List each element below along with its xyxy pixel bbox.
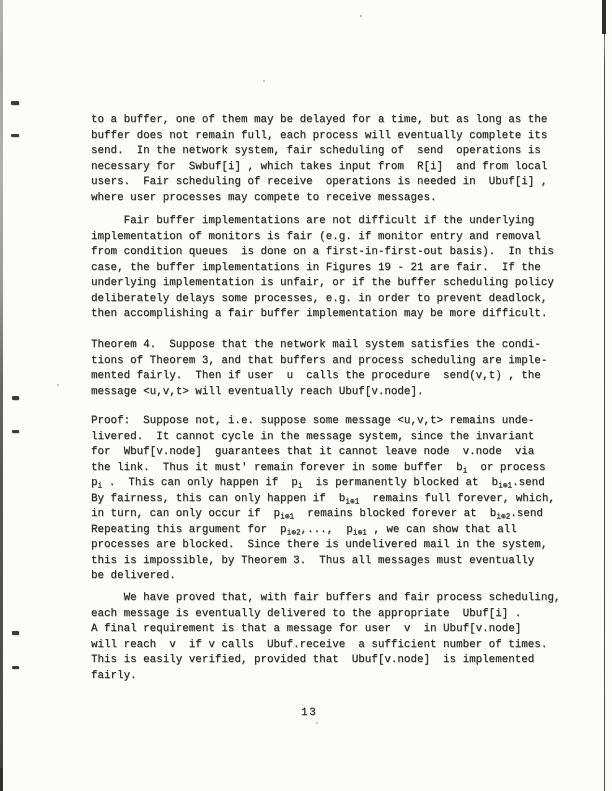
subscript: i⊕2 bbox=[496, 514, 510, 522]
text-run: to a buffer, one of them may be delayed … bbox=[91, 114, 547, 126]
text-line: this is impossible, by Theorem 3. Thus a… bbox=[91, 554, 555, 570]
pencil-mark bbox=[11, 101, 19, 105]
text-line: each message is eventually delivered to … bbox=[91, 607, 560, 623]
pencil-mark bbox=[12, 631, 19, 635]
text-line: in turn, can only occur if pi⊕1 remains … bbox=[91, 507, 555, 523]
text-run: deliberately delays some processes, e.g.… bbox=[91, 293, 547, 305]
text-line: from condition queues is done on a first… bbox=[91, 245, 554, 261]
text-run: This is easily verified, provided that U… bbox=[91, 654, 534, 666]
pencil-mark bbox=[12, 396, 19, 400]
text-run: each message is eventually delivered to … bbox=[91, 608, 521, 620]
text-line: then accomplishing a fair buffer impleme… bbox=[91, 307, 554, 323]
subscript: i⊕1 bbox=[280, 514, 294, 522]
text-line: By fairness, this can only happen if bi⊕… bbox=[91, 492, 555, 508]
text-line: case, the buffer implementations in Figu… bbox=[91, 261, 554, 277]
text-line: to a buffer, one of them may be delayed … bbox=[91, 113, 547, 129]
text-run: will reach v if v calls Ubuf.receive a s… bbox=[91, 639, 547, 651]
text-run: fairly. bbox=[91, 670, 137, 682]
text-line: send. In the network system, fair schedu… bbox=[91, 144, 547, 160]
text-line: A final requirement is that a message fo… bbox=[91, 622, 560, 638]
text-line: buffer does not remain full, each proces… bbox=[91, 129, 547, 145]
paragraph-proof: Proof: Suppose not, i.e. suppose some me… bbox=[91, 414, 555, 585]
text-line: the link. Thus it must' remain forever i… bbox=[91, 461, 555, 477]
text-run: By fairness, this can only happen if b bbox=[91, 493, 345, 505]
text-run: remains blocked forever at b bbox=[294, 508, 496, 520]
text-run: tions of Theorem 3, and that buffers and… bbox=[91, 355, 547, 367]
subscript: i⊕1 bbox=[345, 498, 359, 506]
subscript: i⊕1 bbox=[353, 529, 367, 537]
text-line: Theorem 4. Suppose that the network mail… bbox=[91, 338, 547, 354]
text-run: be delivered. bbox=[91, 570, 176, 582]
text-run: A final requirement is that a message fo… bbox=[91, 623, 521, 635]
text-line: necessary for Swbuf[i] , which takes inp… bbox=[91, 160, 547, 176]
scan-speck bbox=[316, 722, 318, 724]
text-run: send. In the network system, fair schedu… bbox=[91, 145, 541, 157]
text-line: be delivered. bbox=[91, 569, 555, 585]
text-run: . This can only happen if p bbox=[102, 477, 298, 489]
paragraph-fair-buffers: Fair buffer implementations are not diff… bbox=[91, 214, 554, 323]
document-page: to a buffer, one of them may be delayed … bbox=[0, 0, 612, 791]
text-run: then accomplishing a fair buffer impleme… bbox=[91, 308, 547, 320]
text-run: buffer does not remain full, each proces… bbox=[91, 130, 547, 142]
pencil-mark bbox=[12, 430, 19, 433]
text-line: pi . This can only happen if pi is perma… bbox=[91, 476, 555, 492]
text-line: deliberately delays some processes, e.g.… bbox=[91, 292, 554, 308]
paragraph-conclusion: We have proved that, with fair buffers a… bbox=[91, 591, 560, 684]
text-run: for Wbuf[v.node] guarantees that it cann… bbox=[91, 446, 534, 458]
text-line: where user processes may compete to rece… bbox=[91, 191, 547, 207]
pencil-mark bbox=[12, 666, 19, 669]
text-run: this is impossible, by Theorem 3. Thus a… bbox=[91, 555, 534, 567]
text-run: Repeating this argument for p bbox=[91, 524, 287, 536]
text-line: tions of Theorem 3, and that buffers and… bbox=[91, 354, 547, 370]
text-line: Proof: Suppose not, i.e. suppose some me… bbox=[91, 414, 555, 430]
text-run: .send bbox=[512, 477, 545, 489]
page-number: 13 bbox=[301, 706, 317, 721]
text-line: will reach v if v calls Ubuf.receive a s… bbox=[91, 638, 560, 654]
text-line: Repeating this argument for pi⊕2,..., pi… bbox=[91, 523, 555, 539]
text-line: livered. It cannot cycle in the message … bbox=[91, 430, 555, 446]
text-run: livered. It cannot cycle in the message … bbox=[91, 431, 534, 443]
text-run: in turn, can only occur if p bbox=[91, 508, 280, 520]
scan-speck bbox=[360, 15, 362, 17]
paragraph-continuation: to a buffer, one of them may be delayed … bbox=[91, 113, 547, 206]
text-run: Fair buffer implementations are not diff… bbox=[91, 215, 534, 227]
scan-edge-left bbox=[0, 0, 3, 791]
text-run: is permanently blocked at b bbox=[302, 477, 498, 489]
text-run: , we can show that all bbox=[367, 524, 517, 536]
subscript: i⊕1 bbox=[498, 483, 512, 491]
text-line: message <u,v,t> will eventually reach Ub… bbox=[91, 385, 547, 401]
text-line: fairly. bbox=[91, 669, 560, 685]
text-run: from condition queues is done on a first… bbox=[91, 246, 554, 258]
text-run: Theorem 4. Suppose that the network mail… bbox=[91, 339, 541, 351]
text-run: implementation of monitors is fair (e.g.… bbox=[91, 231, 541, 243]
text-line: mented fairly. Then if user u calls the … bbox=[91, 369, 547, 385]
scan-corner-mark bbox=[0, 768, 3, 791]
text-run: remains full forever, which, bbox=[359, 493, 555, 505]
pencil-mark bbox=[11, 134, 19, 137]
scan-speck bbox=[57, 384, 59, 386]
text-line: We have proved that, with fair buffers a… bbox=[91, 591, 560, 607]
text-line: users. Fair scheduling of receive operat… bbox=[91, 175, 547, 191]
text-run: or process bbox=[467, 462, 545, 474]
paragraph-theorem-4: Theorem 4. Suppose that the network mail… bbox=[91, 338, 547, 400]
scan-edge-right bbox=[604, 0, 606, 791]
text-run: case, the buffer implementations in Figu… bbox=[91, 262, 541, 274]
text-run: processes are blocked. Since there is un… bbox=[91, 539, 547, 551]
text-line: processes are blocked. Since there is un… bbox=[91, 538, 555, 554]
text-line: implementation of monitors is fair (e.g.… bbox=[91, 230, 554, 246]
text-line: for Wbuf[v.node] guarantees that it cann… bbox=[91, 445, 555, 461]
text-run: necessary for Swbuf[i] , which takes inp… bbox=[91, 161, 547, 173]
text-run: .send bbox=[510, 508, 543, 520]
text-line: This is easily verified, provided that U… bbox=[91, 653, 560, 669]
scan-speck bbox=[263, 80, 265, 82]
text-line: underlying implementation is unfair, or … bbox=[91, 276, 554, 292]
subscript: i⊕2 bbox=[287, 529, 301, 537]
text-run: message <u,v,t> will eventually reach Ub… bbox=[91, 386, 423, 398]
text-run: mented fairly. Then if user u calls the … bbox=[91, 370, 541, 382]
text-run: ,..., p bbox=[301, 524, 353, 536]
text-run: users. Fair scheduling of receive operat… bbox=[91, 176, 547, 188]
text-run: Proof: Suppose not, i.e. suppose some me… bbox=[91, 415, 534, 427]
text-run: where user processes may compete to rece… bbox=[91, 192, 437, 204]
text-run: the link. Thus it must' remain forever i… bbox=[91, 462, 463, 474]
text-run: We have proved that, with fair buffers a… bbox=[91, 592, 560, 604]
text-line: Fair buffer implementations are not diff… bbox=[91, 214, 554, 230]
scan-edge-right-top bbox=[602, 0, 606, 34]
text-run: underlying implementation is unfair, or … bbox=[91, 277, 554, 289]
